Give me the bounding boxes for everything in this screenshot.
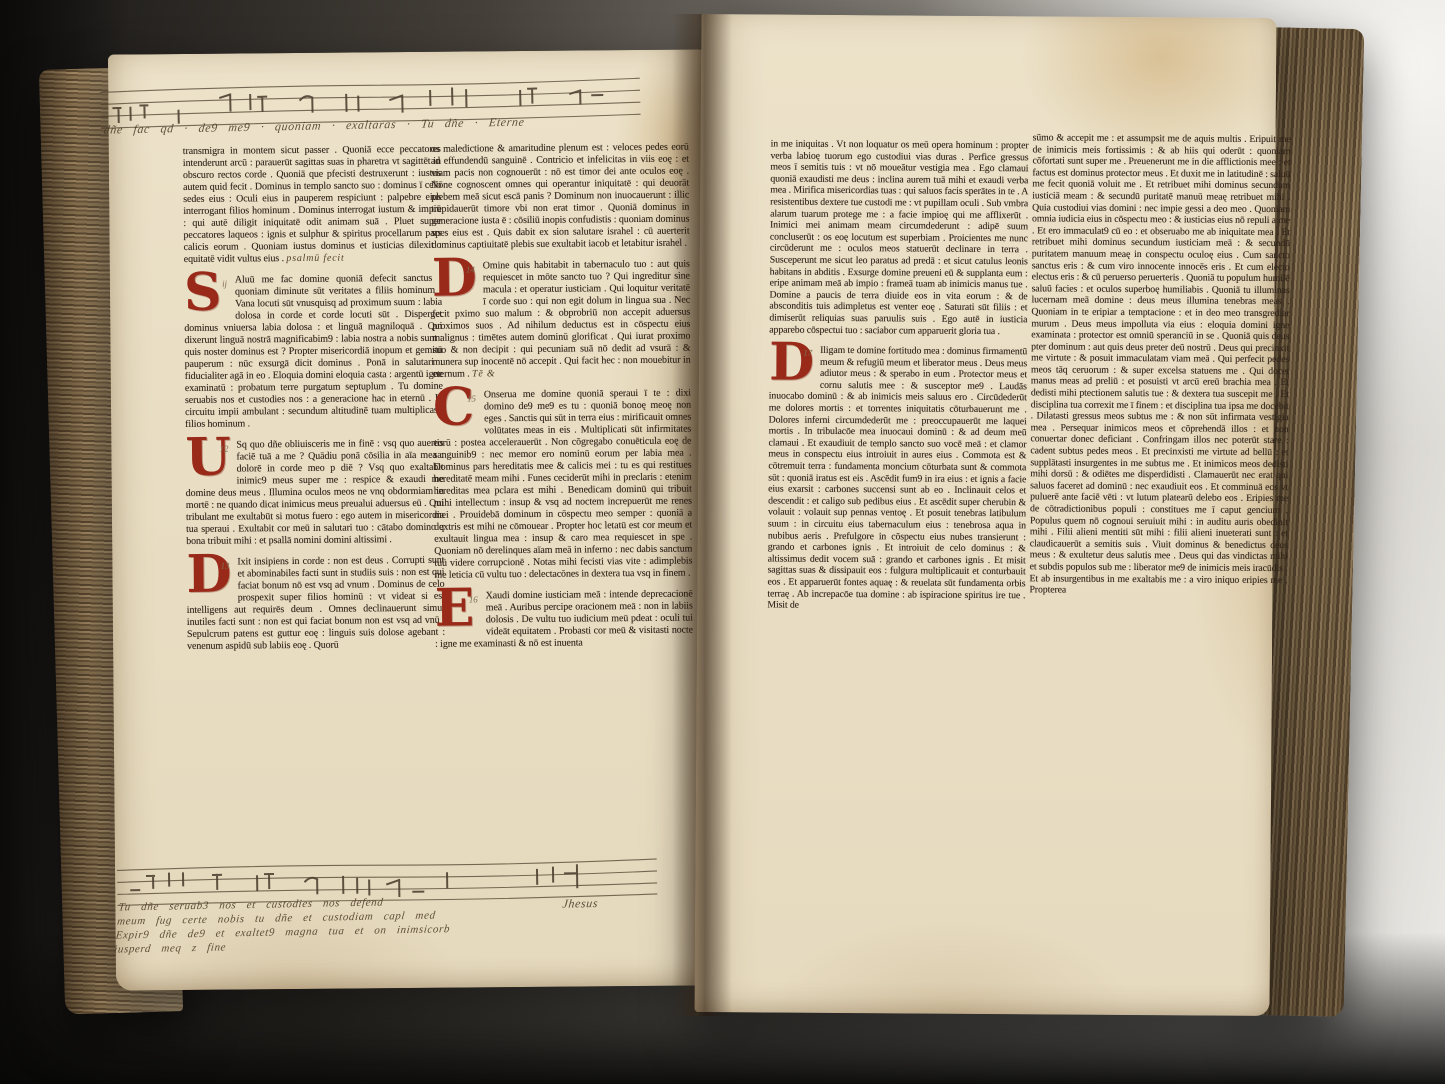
psalm-block: sūmo & accepit me : et assumpsit me de a… xyxy=(1029,132,1290,598)
left-page-column-2: os maledictione & amaritudine plenum est… xyxy=(431,142,695,870)
psalm-number: ij xyxy=(222,278,227,290)
psalm-block: C15 Onserua me domine quoniā speraui ī t… xyxy=(433,388,693,582)
drop-cap-cell: C15 xyxy=(433,390,479,427)
marginal-gloss: Tē & xyxy=(472,368,496,379)
psalm-number: 14 xyxy=(466,263,475,275)
psalm-block: transmigra in montem sicut passer . Quon… xyxy=(183,144,442,266)
psalm-number: 16 xyxy=(469,593,478,605)
drop-cap-cell: U12 xyxy=(185,441,231,478)
psalm-block: D14 Omine quis habitabit in tabernaculo … xyxy=(432,259,691,381)
initial-letter: S xyxy=(184,262,222,323)
marginal-gloss: psalmū fecit xyxy=(286,253,344,265)
initial-letter: E xyxy=(435,577,475,638)
psalm-text: os maledictione & amaritudine plenum est… xyxy=(431,142,690,251)
drop-cap-cell: D14 xyxy=(432,261,478,298)
psalm-block: os maledictione & amaritudine plenum est… xyxy=(431,142,690,252)
psalm-block: D17 Iligam te domine fortitudo mea : dom… xyxy=(767,345,1027,613)
right-page-column-2: sūmo & accepit me : et assumpsit me de a… xyxy=(1027,132,1290,890)
psalm-block: in me iniquitas . Vt non loquatur os meū… xyxy=(769,138,1028,337)
right-page-column-1: in me iniquitas . Vt non loquatur os meū… xyxy=(765,138,1028,888)
drop-cap-cell: Sij xyxy=(184,276,230,313)
psalm-text: sūmo & accepit me : et assumpsit me de a… xyxy=(1029,132,1290,595)
psalm-number: 13 xyxy=(221,560,230,572)
psalm-block: E16 Xaudi domine iusticiam meā : intende… xyxy=(435,589,694,651)
initial-letter: D xyxy=(186,544,232,605)
left-page-column-1: transmigra in montem sicut passer . Quon… xyxy=(183,144,447,872)
drop-cap-cell: D13 xyxy=(186,558,232,595)
psalm-block: D13 Ixit insipiens in corde : non est de… xyxy=(186,555,445,653)
right-page: in me iniquitas . Vt non loquatur os meū… xyxy=(695,14,1277,1016)
drop-cap-cell: D17 xyxy=(769,346,815,383)
initial-letter: D xyxy=(432,247,478,308)
psalm-number: 15 xyxy=(467,392,476,404)
psalm-text: in me iniquitas . Vt non loquatur os meū… xyxy=(769,138,1028,336)
psalm-number: 17 xyxy=(803,348,812,360)
photo-background: dñe fac qd · de9 me9 · quoniam · exaltar… xyxy=(0,0,1445,1084)
left-page: dñe fac qd · de9 me9 · quoniam · exaltar… xyxy=(108,49,710,990)
handwritten-side-word: Jhesus xyxy=(562,896,599,912)
psalm-text: transmigra in montem sicut passer . Quon… xyxy=(183,144,442,265)
psalm-block: Sij Aluū me fac domine quoniā defecit sa… xyxy=(184,273,443,431)
initial-letter: U xyxy=(185,427,231,488)
initial-letter: D xyxy=(769,332,814,393)
psalm-number: 12 xyxy=(220,443,229,455)
initial-letter: C xyxy=(433,376,475,437)
psalm-block: U12 Sq quo dñe obliuisceris me in finē :… xyxy=(185,438,444,548)
drop-cap-cell: E16 xyxy=(435,591,481,628)
